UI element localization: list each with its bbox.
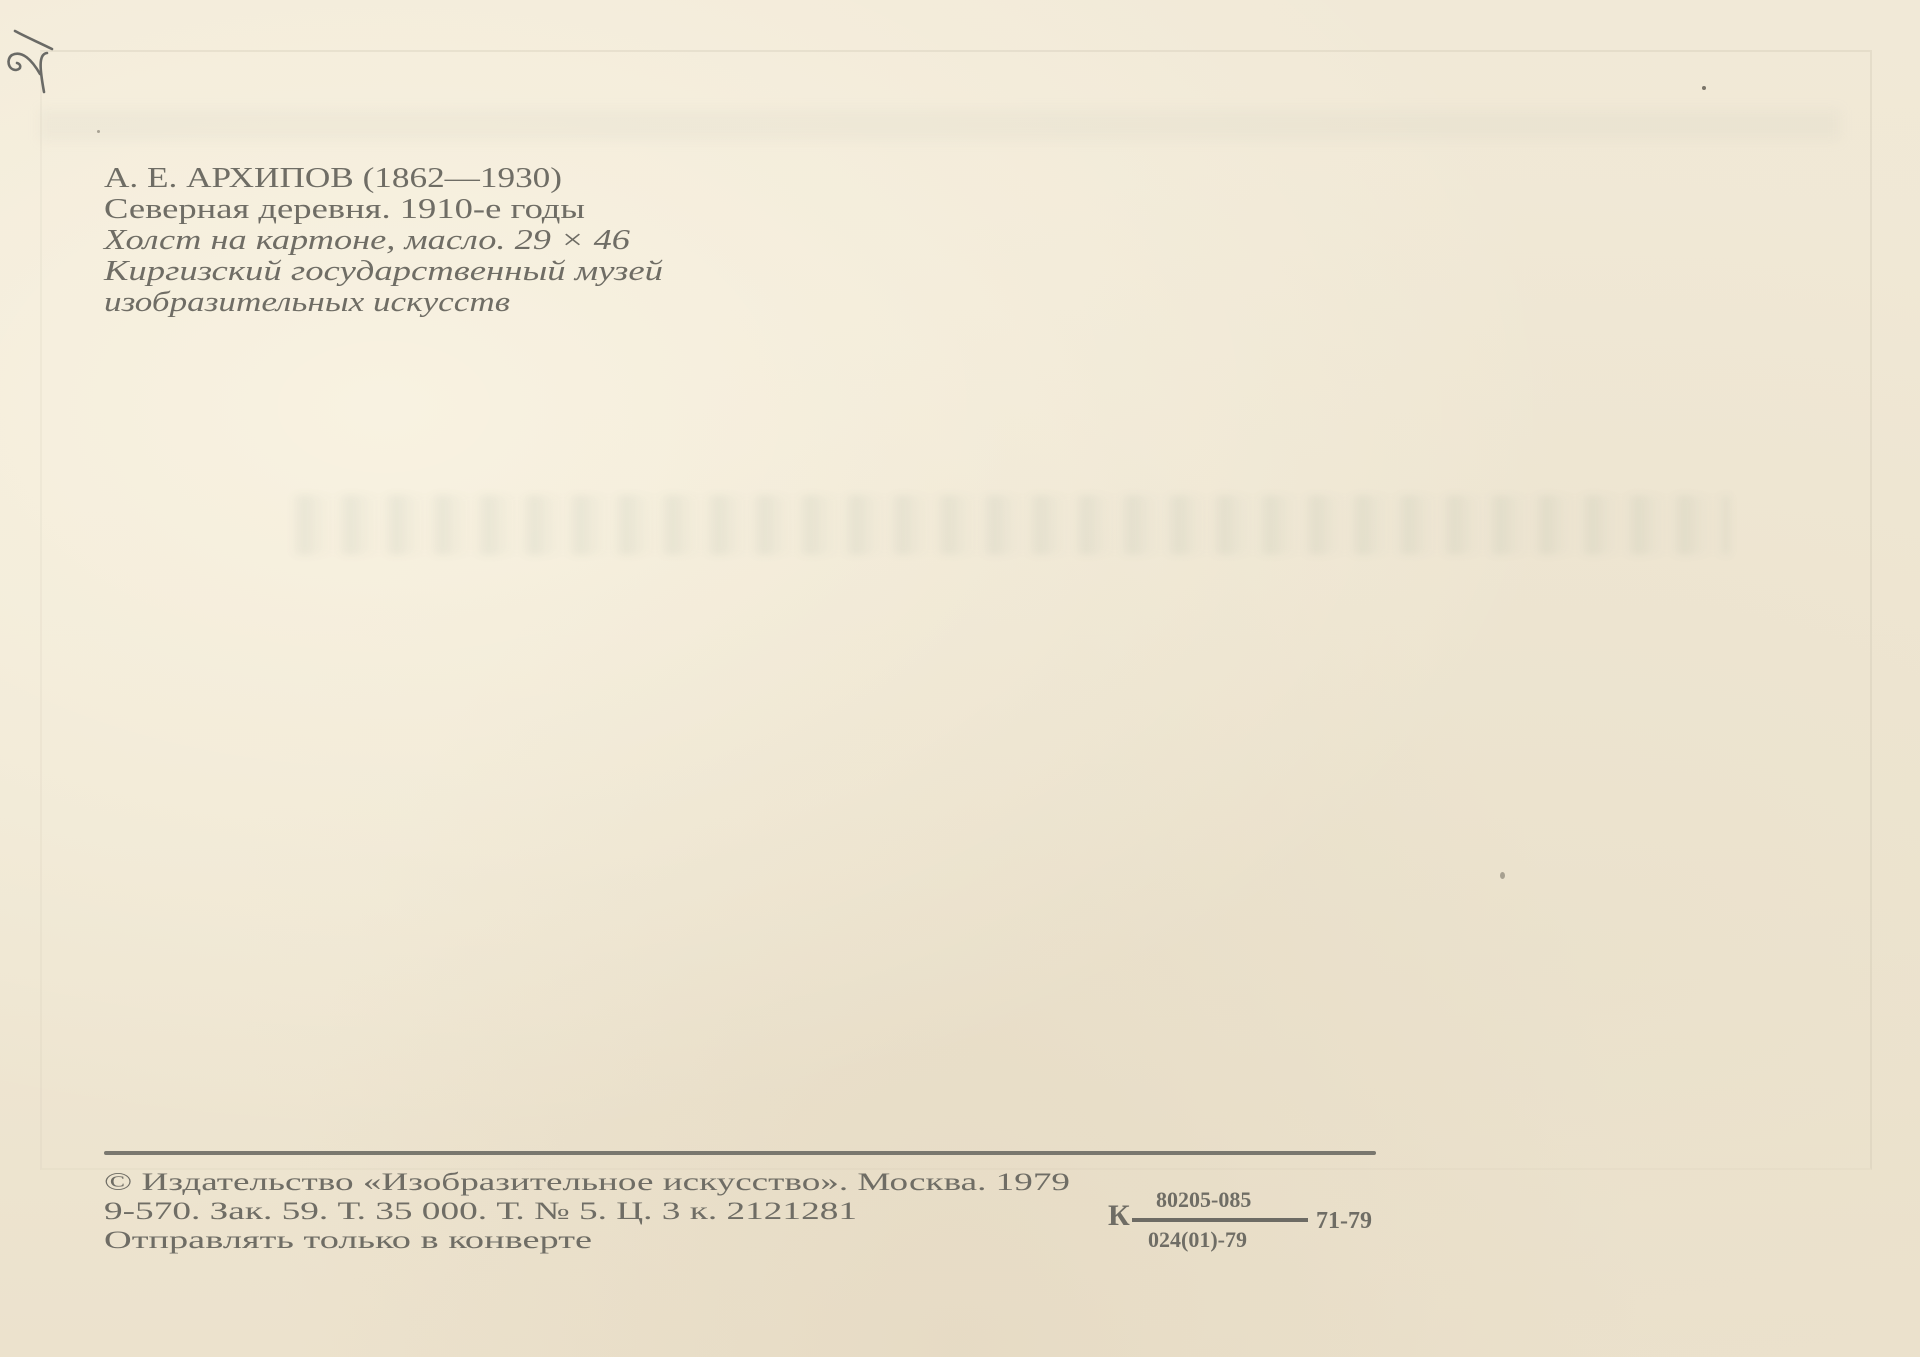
museum-name-line1: Киргизский государственный музей xyxy=(104,257,663,286)
divider-rule xyxy=(104,1151,1376,1155)
bbk-denominator: 024(01)-79 xyxy=(1148,1229,1247,1251)
bbk-suffix: 71-79 xyxy=(1316,1209,1372,1233)
bbk-fraction-bar xyxy=(1132,1218,1308,1222)
museum-name-line2: изобразительных искусств xyxy=(104,288,510,317)
artist-name: А. Е. АРХИПОВ (1862—1930) xyxy=(104,164,562,193)
artwork-medium-size: Холст на картоне, масло. 29 × 46 xyxy=(104,226,630,255)
paper-speck xyxy=(1702,86,1706,90)
handwritten-number-mark xyxy=(2,22,62,102)
bleed-through-text xyxy=(290,495,1730,555)
bbk-prefix: К xyxy=(1108,1201,1130,1231)
paper-speck xyxy=(1500,872,1505,879)
publisher-line: © Издательство «Изобразительное искусств… xyxy=(104,1170,1070,1195)
bleed-through-band-top xyxy=(40,110,1840,140)
print-details-line: 9-570. Зак. 59. Т. 35 000. Т. № 5. Ц. 3 … xyxy=(104,1199,857,1224)
mailing-note: Отправлять только в конверте xyxy=(104,1228,592,1253)
bbk-numerator: 80205-085 xyxy=(1156,1189,1251,1211)
bbk-classification-code: К 80205-085 024(01)-79 71-79 xyxy=(1108,1183,1388,1258)
artwork-title: Северная деревня. 1910-е годы xyxy=(104,195,585,224)
paper-speck xyxy=(97,130,100,133)
